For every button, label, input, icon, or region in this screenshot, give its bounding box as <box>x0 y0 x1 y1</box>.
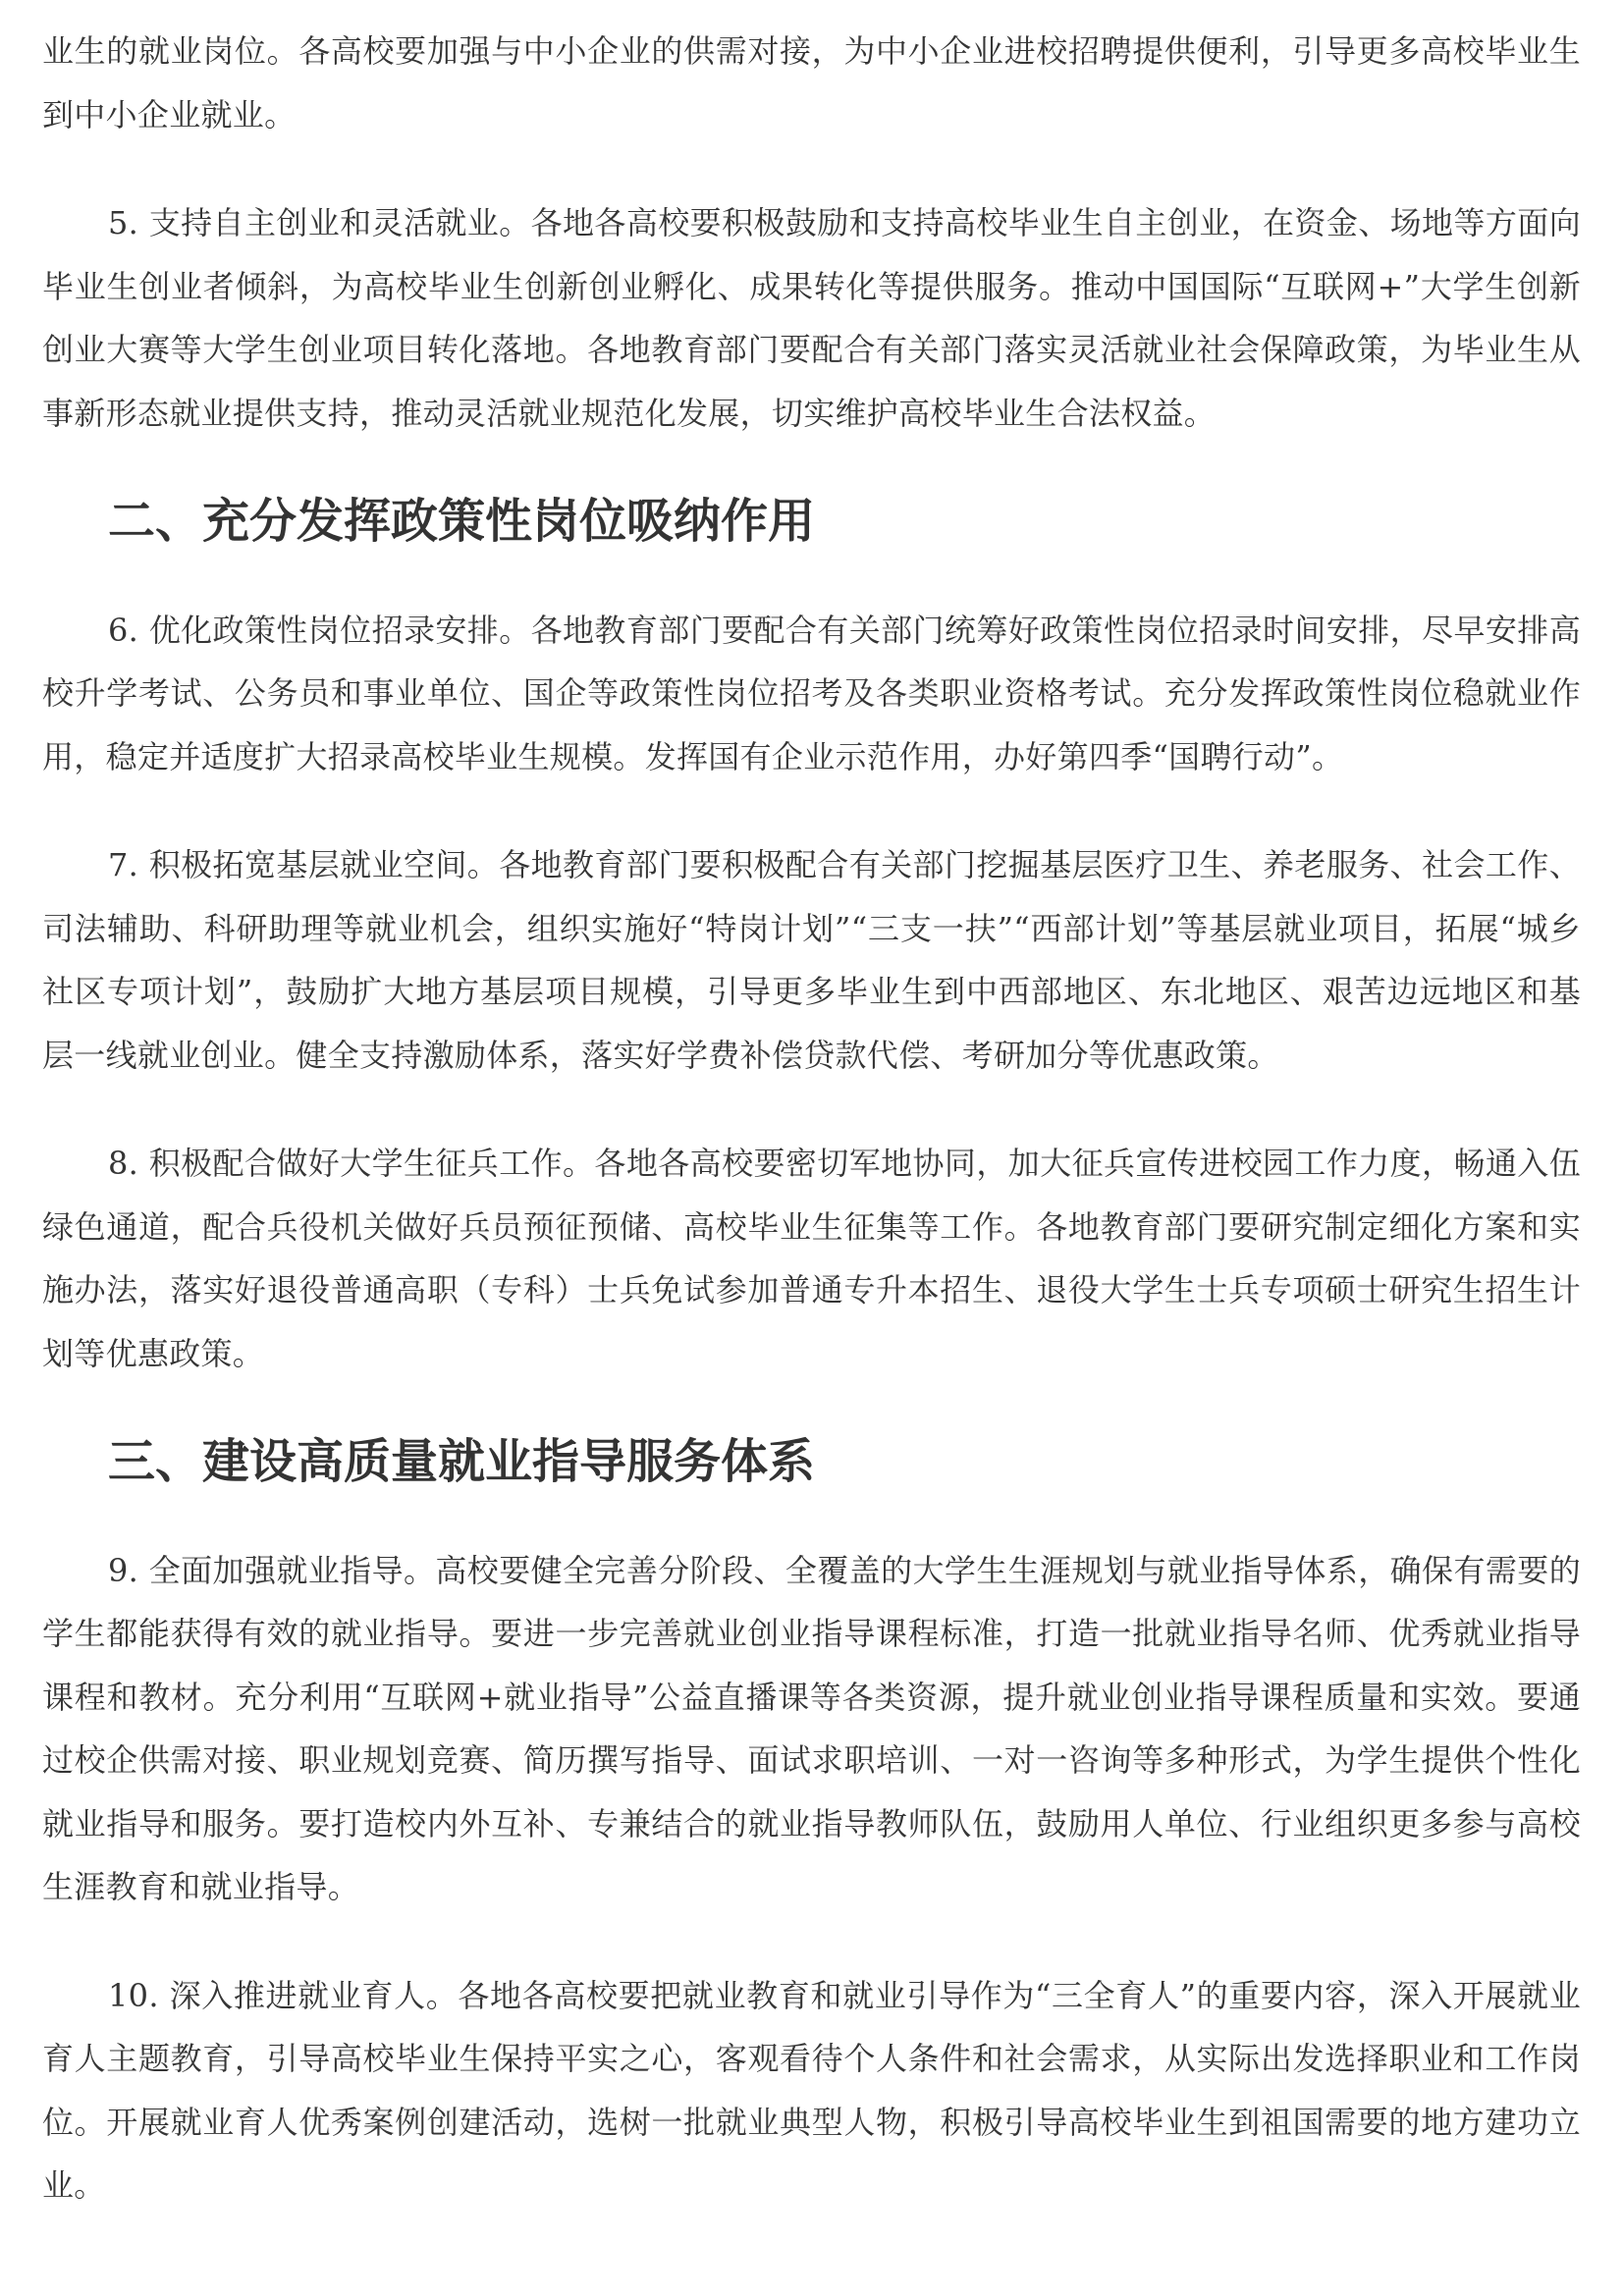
paragraph-8-military-recruitment: 8. 积极配合做好大学生征兵工作。各地各高校要密切军地协同，加大征兵宣传进校园工… <box>42 1132 1581 1385</box>
paragraph-10-employment-education: 10. 深入推进就业育人。各地各高校要把就业教育和就业引导作为“三全育人”的重要… <box>42 1964 1581 2217</box>
top-spacer <box>42 0 1581 20</box>
paragraph-7-grassroots-employment: 7. 积极拓宽基层就业空间。各地教育部门要积极配合有关部门挖掘基层医疗卫生、养老… <box>42 833 1581 1087</box>
paragraph-gap <box>42 1087 1581 1132</box>
document-page: 业生的就业岗位。各高校要加强与中小企业的供需对接，为中小企业进校招聘提供便利，引… <box>42 0 1581 2217</box>
paragraph-gap <box>42 445 1581 490</box>
paragraph-gap <box>42 788 1581 833</box>
paragraph-6-policy-positions: 6. 优化政策性岗位招录安排。各地教育部门要配合有关部门统筹好政策性岗位招录时间… <box>42 599 1581 789</box>
paragraph-gap <box>42 554 1581 599</box>
section-heading-2: 二、充分发挥政策性岗位吸纳作用 <box>42 490 1581 554</box>
paragraph-gap <box>42 1494 1581 1539</box>
section-heading-3: 三、建设高质量就业指导服务体系 <box>42 1430 1581 1494</box>
paragraph-5-self-employment: 5. 支持自主创业和灵活就业。各地各高校要积极鼓励和支持高校毕业生自主创业，在资… <box>42 191 1581 445</box>
paragraph-gap <box>42 1385 1581 1430</box>
paragraph-9-career-guidance: 9. 全面加强就业指导。高校要健全完善分阶段、全覆盖的大学生生涯规划与就业指导体… <box>42 1539 1581 1919</box>
paragraph-continued: 业生的就业岗位。各高校要加强与中小企业的供需对接，为中小企业进校招聘提供便利，引… <box>42 20 1581 146</box>
paragraph-gap <box>42 146 1581 191</box>
paragraph-gap <box>42 1919 1581 1964</box>
